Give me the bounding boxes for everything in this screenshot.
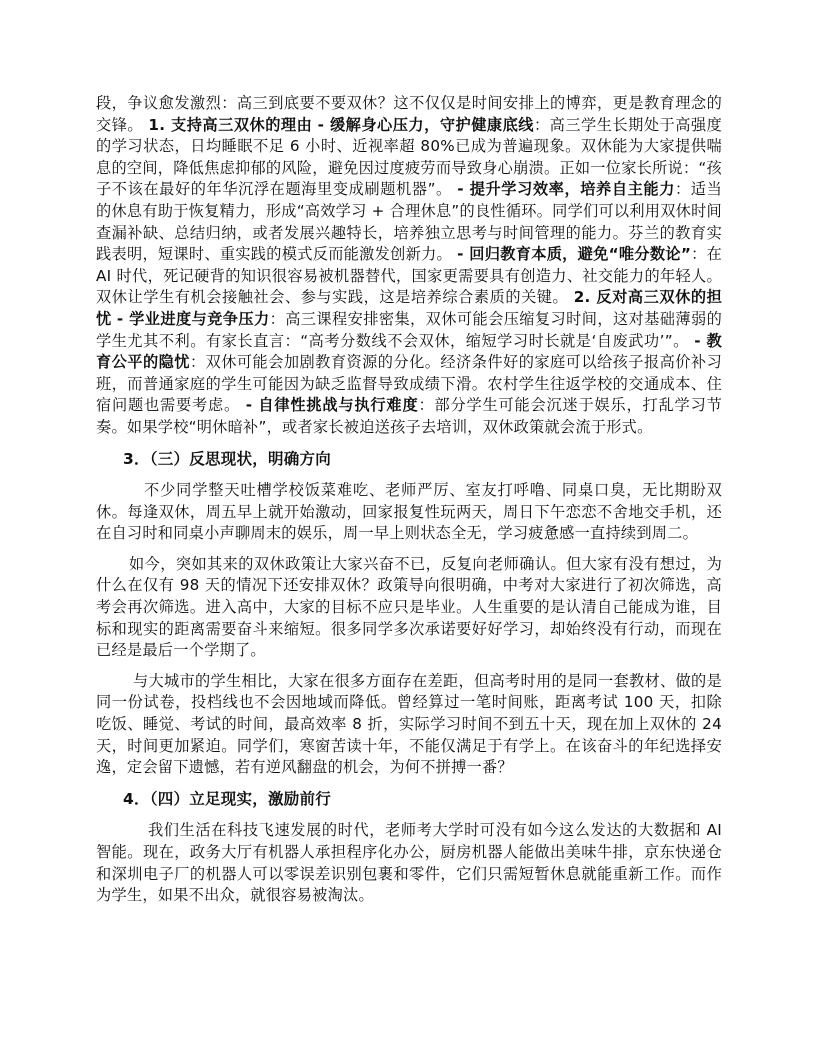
section-4-heading: 4．（四）立足现实，激励前行 [123, 789, 722, 811]
section-3-paragraph-2: 如今，突如其来的双休政策让大家兴奋不已，反复向老师确认。但大家有没有想过，为什么… [96, 554, 722, 662]
section-3-heading: 3．（三）反思现状，明确方向 [123, 449, 722, 471]
oppose-point-1-title: - 学业进度与竞争压力 [117, 310, 270, 328]
support-point-1-title: - 缓解身心压力，守护健康底线 [318, 116, 534, 134]
support-point-2-title: - 提升学习效率，培养自主能力 [457, 180, 675, 198]
debate-paragraph: 段，争议愈发激烈：高三到底要不要双休？这不仅仅是时间安排上的博弈，更是教育理念的… [96, 93, 722, 439]
support-heading: 1. 支持高三双休的理由 [148, 116, 312, 134]
section-3-paragraph-1: 不少同学整天吐槽学校饭菜难吃、老师严厉、室友打呼噜、同桌口臭，无比期盼双休。每逢… [96, 480, 722, 545]
oppose-point-3-title: - 自律性挑战与执行难度 [246, 396, 419, 414]
section-3-paragraph-3: 与大城市的学生相比，大家在很多方面存在差距，但高考时用的是同一套教材、做的是同一… [96, 671, 722, 779]
support-point-3-title: - 回归教育本质，避免“唯分数论” [457, 245, 691, 263]
section-4-paragraph-1: 我们生活在科技飞速发展的时代，老师考大学时可没有如今这么发达的大数据和 AI 智… [96, 820, 722, 906]
document-page: 段，争议愈发激烈：高三到底要不要双休？这不仅仅是时间安排上的博弈，更是教育理念的… [96, 93, 722, 916]
